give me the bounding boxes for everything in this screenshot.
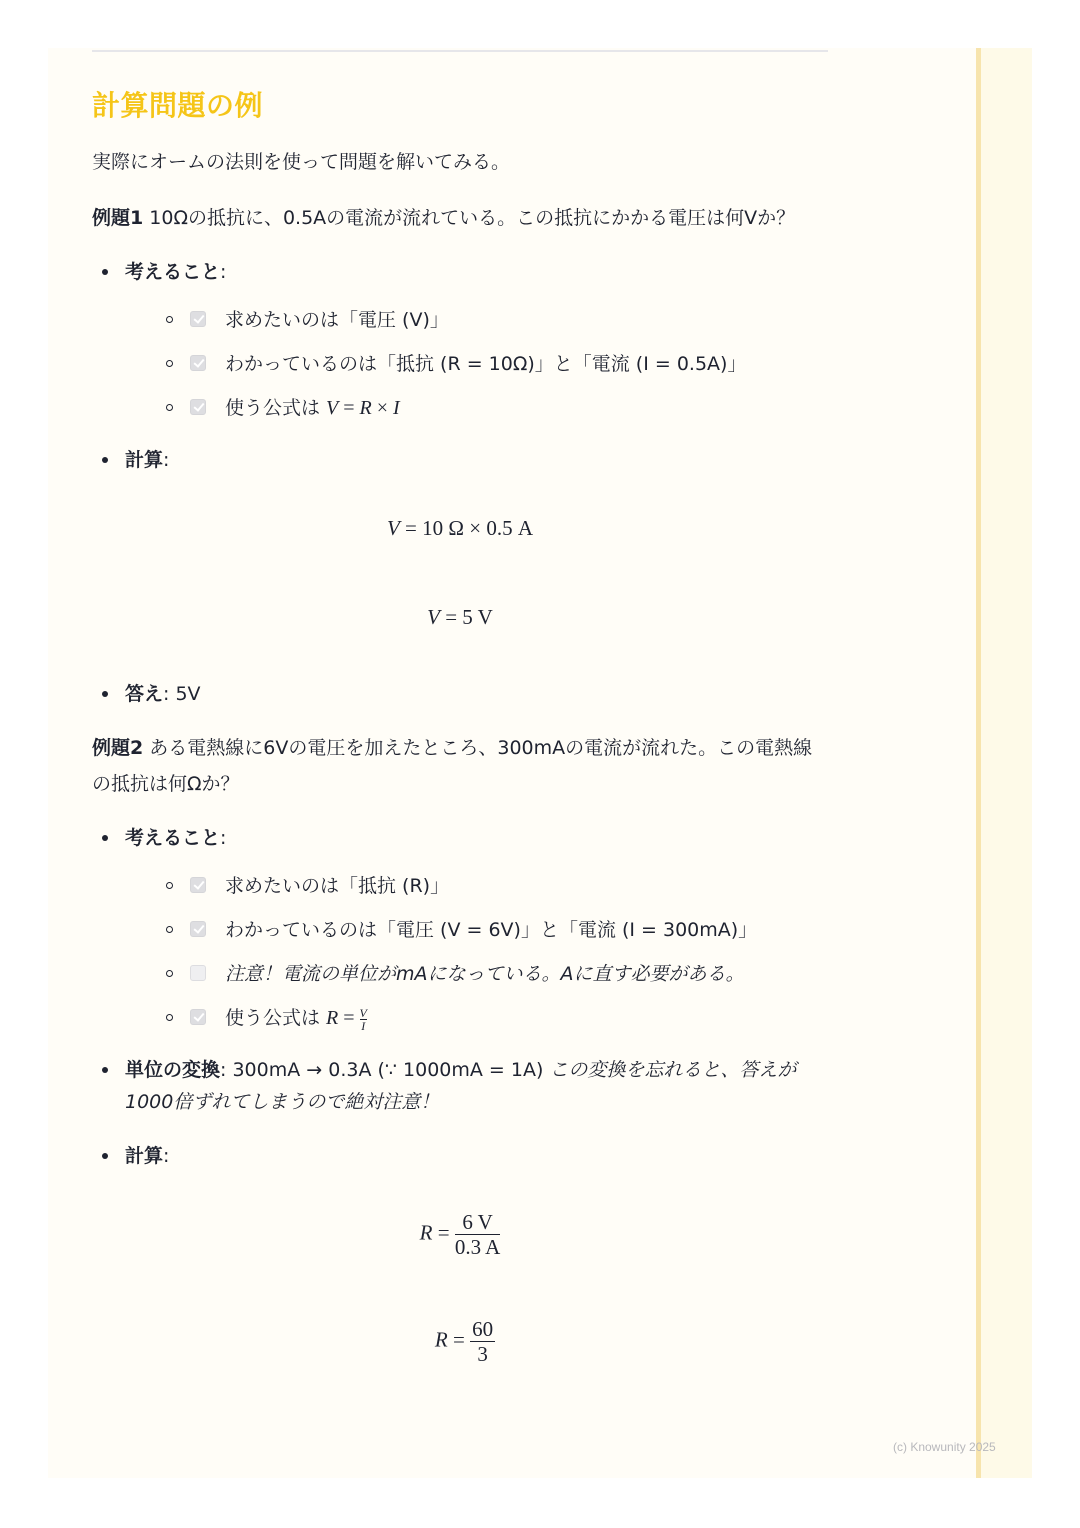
math-var: R	[360, 397, 372, 419]
list-item: 使う公式は R = VI	[125, 996, 828, 1040]
math-op: =	[338, 397, 359, 419]
checkbox-checked[interactable]	[190, 921, 206, 937]
formula-v-ri: V = R × I	[326, 397, 400, 419]
section-title: 計算問題の例	[92, 88, 828, 124]
example1-question: 例題1 10Ωの抵抗に、0.5Aの電流が流れている。この抵抗にかかる電圧は何Vか…	[92, 200, 828, 236]
numerator: 60	[470, 1317, 495, 1342]
example1-steps: 考えること: 求めたいのは「電圧 (V)」 わかっているのは「抵抗 (R = 1…	[92, 256, 828, 476]
checkbox-checked[interactable]	[190, 1009, 206, 1025]
example1-label: 例題1	[92, 207, 143, 229]
math-expr: = 10 Ω × 0.5 A	[400, 516, 533, 540]
denominator: I	[360, 1020, 367, 1032]
item-text: 使う公式は	[225, 1007, 326, 1029]
checkbox-unchecked[interactable]	[190, 965, 206, 981]
colon: :	[163, 1145, 169, 1167]
divider	[92, 50, 828, 52]
fraction: VI	[360, 1007, 367, 1032]
equation-3: R = 6 V0.3 A	[92, 1210, 828, 1259]
math-op: =	[338, 1007, 359, 1029]
math-var: R	[420, 1220, 433, 1244]
item-text: 求めたいのは「抵抗 (R)」	[225, 875, 449, 897]
list-item: 使う公式は V = R × I	[125, 386, 828, 430]
answer-value: : 5V	[163, 683, 201, 705]
list-item: わかっているのは「電圧 (V = 6V)」と「電流 (I = 300mA)」	[125, 908, 828, 952]
math-var: V	[387, 516, 400, 540]
checkbox-checked[interactable]	[190, 877, 206, 893]
checkbox-checked[interactable]	[190, 399, 206, 415]
math-var: V	[326, 397, 338, 419]
list-item: わかっているのは「抵抗 (R = 10Ω)」と「電流 (I = 0.5A)」	[125, 342, 828, 386]
math-op: =	[432, 1220, 454, 1244]
numerator: 6 V	[455, 1210, 501, 1235]
formula-r-v-over-i: R = VI	[326, 1007, 367, 1029]
example1-answer-list: 答え: 5V	[92, 678, 828, 710]
math-var: R	[435, 1327, 448, 1351]
equation-2: V = 5 V	[92, 605, 828, 630]
answer-label: 答え	[125, 683, 163, 705]
fraction: 603	[470, 1317, 495, 1366]
example1-think: 考えること: 求めたいのは「電圧 (V)」 わかっているのは「抵抗 (R = 1…	[92, 256, 828, 430]
colon: :	[220, 261, 226, 283]
conversion-label: 単位の変換	[125, 1059, 220, 1081]
equation-4: R = 603	[92, 1317, 828, 1366]
item-text: わかっているのは「電圧 (V = 6V)」と「電流 (I = 300mA)」	[225, 919, 757, 941]
example1-calc: 計算:	[92, 444, 828, 476]
example2-question-text: ある電熱線に6Vの電圧を加えたところ、300mAの電流が流れた。この電熱線の抵抗…	[92, 737, 812, 795]
list-item: 求めたいのは「電圧 (V)」	[125, 298, 828, 342]
copyright-footer: (c) Knowunity 2025	[893, 1440, 996, 1454]
example2-conversion: 単位の変換: 300mA → 0.3A (∵ 1000mA = 1A) この変換…	[92, 1054, 828, 1118]
calc-label: 計算	[125, 449, 163, 471]
denominator: 3	[470, 1342, 495, 1366]
example2-question: 例題2 ある電熱線に6Vの電圧を加えたところ、300mAの電流が流れた。この電熱…	[92, 730, 828, 802]
intro-text: 実際にオームの法則を使って問題を解いてみる。	[92, 144, 828, 180]
document-content: 計算問題の例 実際にオームの法則を使って問題を解いてみる。 例題1 10Ωの抵抗…	[92, 48, 828, 1366]
denominator: 0.3 A	[455, 1235, 501, 1259]
example2-think: 考えること: 求めたいのは「抵抗 (R)」 わかっているのは「電圧 (V = 6…	[92, 822, 828, 1040]
item-text-note: 注意！電流の単位がmAになっている。Aに直す必要がある。	[225, 963, 745, 985]
fraction: 6 V0.3 A	[455, 1210, 501, 1259]
list-item: 求めたいのは「抵抗 (R)」	[125, 864, 828, 908]
math-var: V	[427, 605, 440, 629]
conversion-text: : 300mA → 0.3A (∵ 1000mA = 1A)	[220, 1059, 549, 1081]
example2-think-list: 求めたいのは「抵抗 (R)」 わかっているのは「電圧 (V = 6V)」と「電流…	[125, 864, 828, 1040]
math-op: =	[448, 1327, 470, 1351]
example2-calc: 計算:	[92, 1140, 828, 1172]
example2-steps: 考えること: 求めたいのは「抵抗 (R)」 わかっているのは「電圧 (V = 6…	[92, 822, 828, 1172]
item-text: 使う公式は	[225, 397, 326, 419]
example1-question-text: 10Ωの抵抗に、0.5Aの電流が流れている。この抵抗にかかる電圧は何Vか？	[143, 207, 795, 229]
calc-label: 計算	[125, 1145, 163, 1167]
think-label: 考えること	[125, 827, 220, 849]
list-item: 注意！電流の単位がmAになっている。Aに直す必要がある。	[125, 952, 828, 996]
colon: :	[163, 449, 169, 471]
math-op: ×	[372, 397, 393, 419]
colon: :	[220, 827, 226, 849]
checkbox-checked[interactable]	[190, 355, 206, 371]
example2-label: 例題2	[92, 737, 143, 759]
equation-1: V = 10 Ω × 0.5 A	[92, 516, 828, 541]
example1-think-list: 求めたいのは「電圧 (V)」 わかっているのは「抵抗 (R = 10Ω)」と「電…	[125, 298, 828, 430]
example1-answer: 答え: 5V	[92, 678, 828, 710]
item-text: 求めたいのは「電圧 (V)」	[225, 309, 449, 331]
math-var: R	[326, 1007, 338, 1029]
checkbox-checked[interactable]	[190, 311, 206, 327]
math-var: I	[393, 397, 400, 419]
item-text: わかっているのは「抵抗 (R = 10Ω)」と「電流 (I = 0.5A)」	[225, 353, 746, 375]
numerator: V	[360, 1007, 367, 1020]
think-label: 考えること	[125, 261, 220, 283]
math-expr: = 5 V	[440, 605, 493, 629]
side-strip	[976, 48, 1032, 1478]
